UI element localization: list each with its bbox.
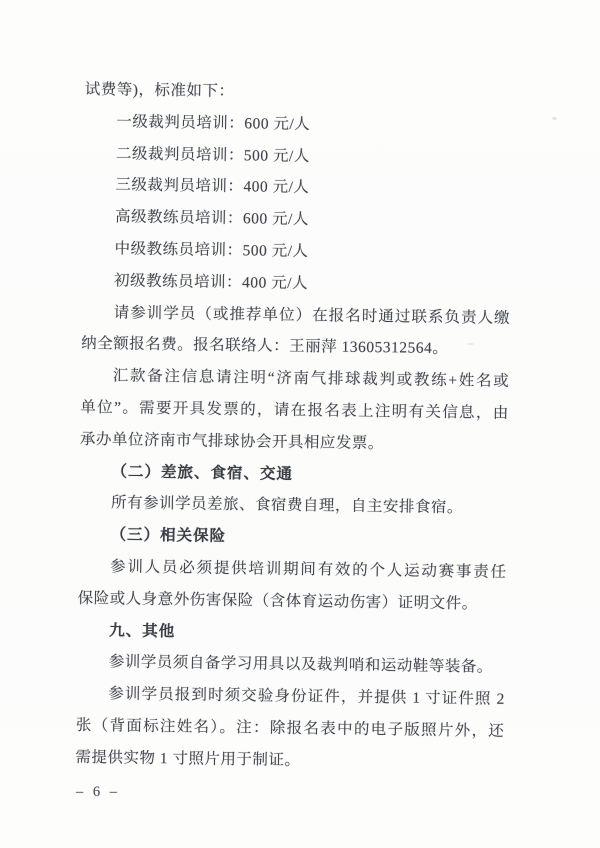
document-line: 需提供实物 1 寸照片用于制证。	[75, 742, 503, 780]
document-line: 承办单位济南市气排球协会开具相应发票。	[80, 424, 508, 462]
page-number: – 6 –	[76, 784, 120, 801]
document-line: 保险或人身意外伤害保险（含体育运动伤害）证明文件。	[77, 583, 505, 621]
document-line: 初级教练员培训：400 元/人	[82, 265, 510, 303]
document-page: 试费等)，标准如下：一级裁判员培训：600 元/人二级裁判员培训：500 元/人…	[0, 0, 600, 848]
scan-artifact	[552, 117, 557, 120]
scan-artifact	[468, 343, 474, 345]
document-body: 试费等)，标准如下：一级裁判员培训：600 元/人二级裁判员培训：500 元/人…	[75, 74, 513, 779]
